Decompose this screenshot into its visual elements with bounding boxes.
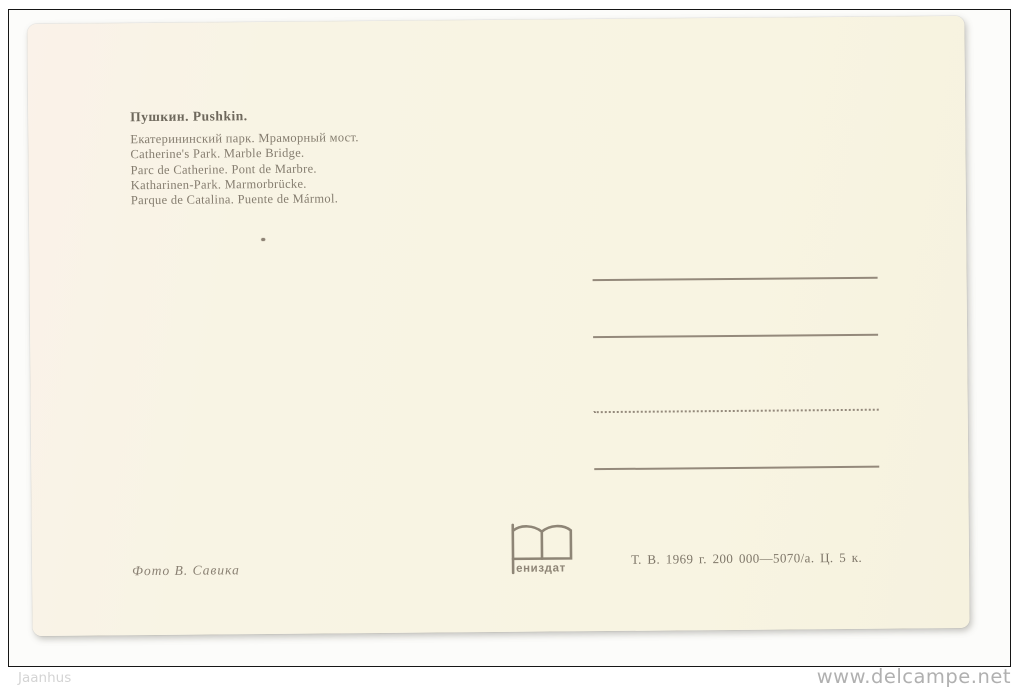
postcard-captions: Екатерининский парк. Мраморный мост. Cat… (130, 130, 359, 208)
scanned-postcard-back: Пушкин. Pushkin. Екатерининский парк. Мр… (0, 0, 1020, 691)
address-line (594, 466, 879, 470)
address-line (593, 277, 878, 281)
publisher-logo-lenizdat: ениздат (508, 520, 587, 579)
address-line-dotted (594, 409, 879, 413)
watermark-jaanhus: Jaanhus (18, 670, 71, 686)
paper-speck (261, 238, 265, 241)
watermark-delcampe: www.delcampe.net (817, 665, 1011, 688)
imprint-line: Т. В. 1969 г. 200 000—5070/а. Ц. 5 к. (631, 550, 862, 568)
address-line (593, 334, 878, 338)
postcard-title: Пушкин. Pushkin. (130, 108, 248, 125)
caption-russian: Екатерининский парк. Мраморный мост. (130, 130, 359, 147)
postcard: Пушкин. Pushkin. Екатерининский парк. Мр… (27, 16, 969, 636)
address-lines (590, 17, 880, 631)
caption-spanish: Parque de Catalina. Puente de Mármol. (131, 191, 360, 208)
publisher-logo-label: ениздат (516, 562, 566, 574)
photo-credit: Фото В. Савика (132, 562, 240, 579)
